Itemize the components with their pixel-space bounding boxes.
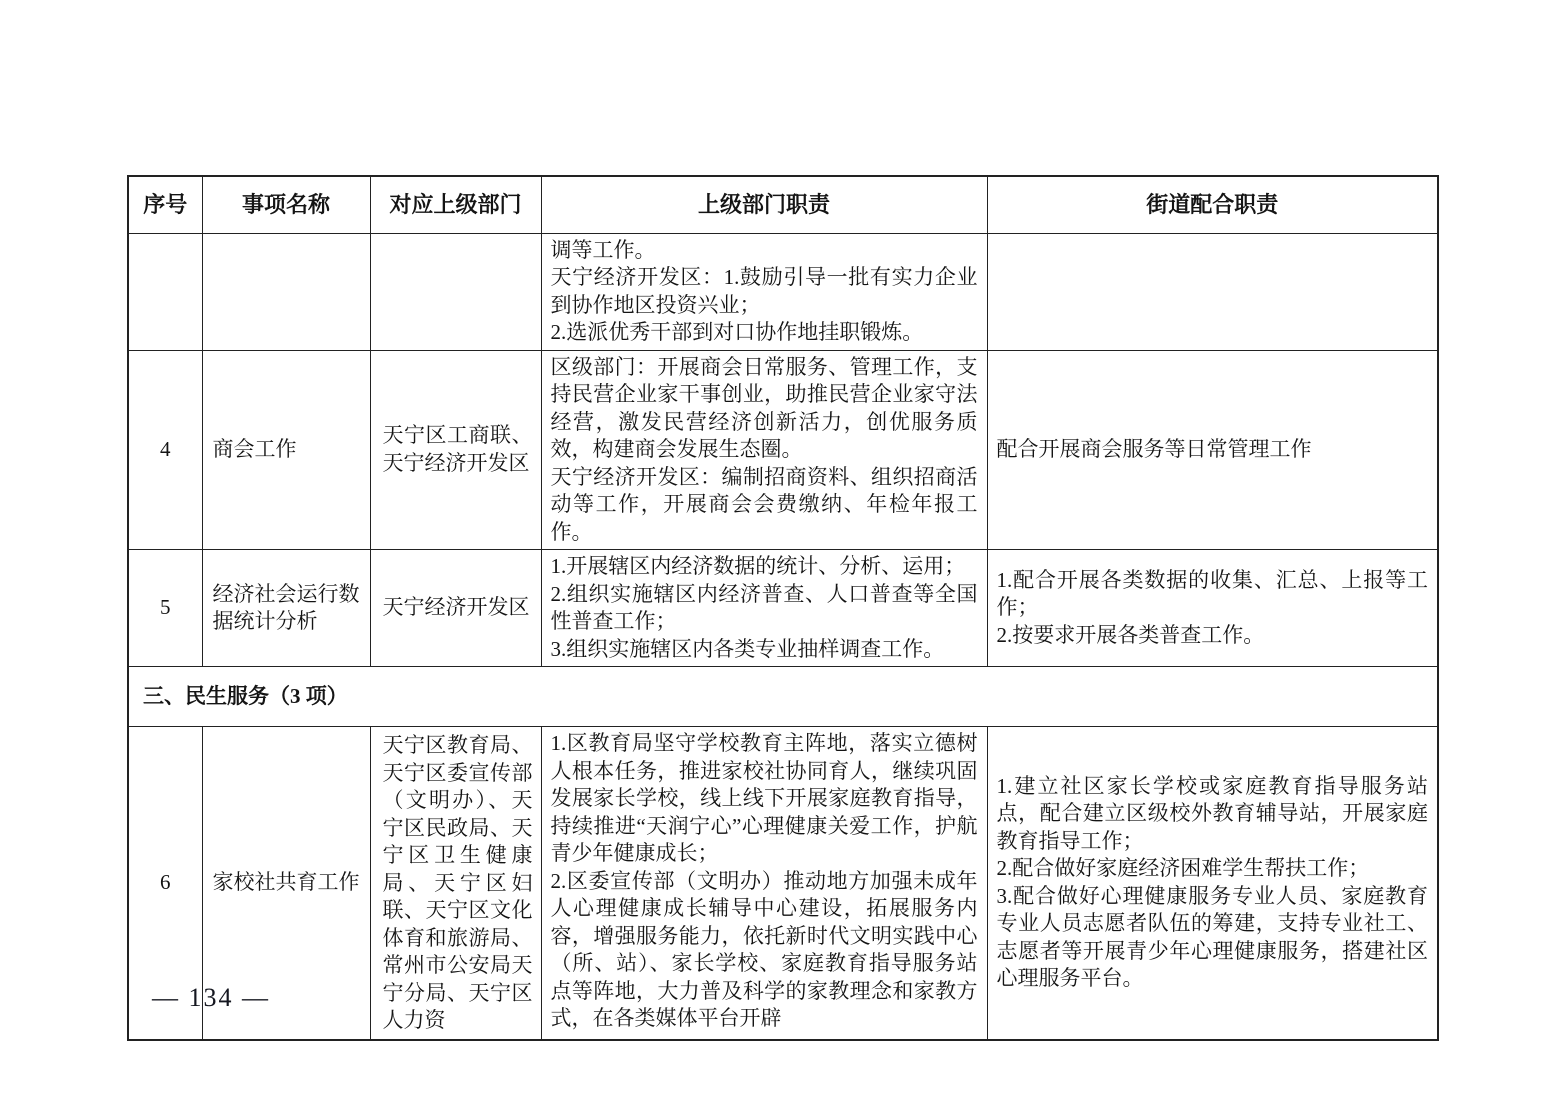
table-section-row: 三、民生服务（3 项）: [128, 667, 1438, 727]
table-row-6: 6 家校社共育工作 天宁区教育局、天宁区委宣传部（文明办）、天宁区民政局、天宁区…: [128, 727, 1438, 1040]
cell-superior-dept: [370, 233, 541, 350]
cell-superior-dept: 天宁区教育局、天宁区委宣传部（文明办）、天宁区民政局、天宁区卫生健康局、天宁区妇…: [370, 727, 541, 1040]
table-header-row: 序号 事项名称 对应上级部门 上级部门职责 街道配合职责: [128, 176, 1438, 233]
cell-seq: [128, 233, 202, 350]
cell-superior-duty: 调等工作。 天宁经济开发区：1.鼓励引导一批有实力企业到协作地区投资兴业； 2.…: [541, 233, 987, 350]
col-header-seq: 序号: [128, 176, 202, 233]
cell-street-duty: 1.建立社区家长学校或家庭教育指导服务站点，配合建立区级校外教育辅导站，开展家庭…: [987, 727, 1438, 1040]
cell-superior-dept: 天宁区工商联、天宁经济开发区: [370, 350, 541, 550]
cell-superior-duty: 区级部门：开展商会日常服务、管理工作，支持民营企业家干事创业，助推民营企业家守法…: [541, 350, 987, 550]
col-header-superior-duty: 上级部门职责: [541, 176, 987, 233]
responsibility-table: 序号 事项名称 对应上级部门 上级部门职责 街道配合职责 调等工作。 天宁经济开…: [127, 175, 1439, 1041]
cell-superior-duty: 1.区教育局坚守学校教育主阵地，落实立德树人根本任务，推进家校社协同育人，继续巩…: [541, 727, 987, 1040]
section-title: 三、民生服务（3 项）: [128, 667, 1438, 727]
col-header-superior-dept: 对应上级部门: [370, 176, 541, 233]
table-row-continuation: 调等工作。 天宁经济开发区：1.鼓励引导一批有实力企业到协作地区投资兴业； 2.…: [128, 233, 1438, 350]
cell-street-duty: 1.配合开展各类数据的收集、汇总、上报等工作； 2.按要求开展各类普查工作。: [987, 550, 1438, 667]
cell-superior-dept: 天宁经济开发区: [370, 550, 541, 667]
cell-street-duty: 配合开展商会服务等日常管理工作: [987, 350, 1438, 550]
table-row-5: 5 经济社会运行数据统计分析 天宁经济开发区 1.开展辖区内经济数据的统计、分析…: [128, 550, 1438, 667]
cell-item-name: 经济社会运行数据统计分析: [202, 550, 370, 667]
page-number: — 134 —: [152, 983, 270, 1013]
cell-item-name: [202, 233, 370, 350]
cell-seq: 5: [128, 550, 202, 667]
document-page: 序号 事项名称 对应上级部门 上级部门职责 街道配合职责 调等工作。 天宁经济开…: [0, 0, 1559, 1102]
cell-street-duty: [987, 233, 1438, 350]
cell-item-name: 商会工作: [202, 350, 370, 550]
cell-superior-duty: 1.开展辖区内经济数据的统计、分析、运用； 2.组织实施辖区内经济普查、人口普查…: [541, 550, 987, 667]
cell-seq: 4: [128, 350, 202, 550]
col-header-street-duty: 街道配合职责: [987, 176, 1438, 233]
table-row-4: 4 商会工作 天宁区工商联、天宁经济开发区 区级部门：开展商会日常服务、管理工作…: [128, 350, 1438, 550]
col-header-item-name: 事项名称: [202, 176, 370, 233]
